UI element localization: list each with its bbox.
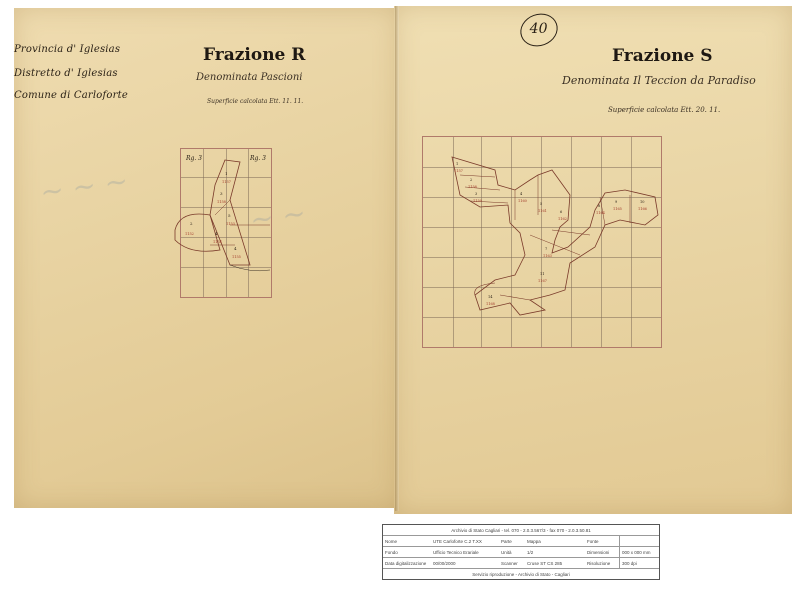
svg-text:1153: 1153 — [226, 222, 235, 226]
info-key: Scanner — [499, 561, 525, 566]
svg-text:8: 8 — [598, 204, 600, 208]
left-title: Frazione R — [203, 45, 305, 65]
info-key: Parte — [499, 539, 525, 544]
right-surface: Superficie calcolata Ett. 20. 11. — [608, 106, 720, 114]
svg-text:10: 10 — [640, 200, 644, 204]
left-parcel-map: 11157 31158 21152 51153 41154 41155 — [170, 155, 280, 285]
info-footer: Servizio riproduzione - Archivio di Stat… — [470, 572, 572, 577]
svg-text:1162: 1162 — [558, 217, 567, 221]
svg-text:1167: 1167 — [538, 279, 547, 283]
svg-text:4: 4 — [520, 192, 523, 196]
svg-text:1163: 1163 — [543, 254, 552, 258]
info-key: Fondo — [383, 550, 431, 555]
svg-text:1166: 1166 — [638, 207, 647, 211]
svg-text:6: 6 — [560, 210, 562, 214]
svg-text:1: 1 — [225, 171, 228, 176]
svg-text:1168: 1168 — [486, 302, 495, 306]
right-denomination: Denominata Il Teccion da Paradiso — [562, 74, 756, 87]
svg-text:1158: 1158 — [217, 200, 226, 204]
svg-text:1157: 1157 — [454, 169, 463, 173]
info-value: UTE Carloforte C.2 T.XX — [431, 539, 499, 544]
svg-text:1161: 1161 — [538, 209, 547, 213]
svg-text:1154: 1154 — [213, 240, 223, 244]
info-title: Archivio di Stato Cagliari - tel. 070 - … — [449, 528, 593, 533]
info-value: Ufficio Tecnico Erariale — [431, 550, 499, 555]
svg-text:5: 5 — [540, 202, 542, 206]
info-key: Fonte — [585, 539, 619, 544]
right-title: Frazione S — [612, 46, 713, 66]
svg-text:11: 11 — [540, 272, 544, 276]
svg-text:1159: 1159 — [473, 199, 482, 203]
info-key: Unità — [499, 550, 525, 555]
header-distretto: Distretto d' Iglesias — [14, 68, 118, 79]
svg-text:1158: 1158 — [468, 185, 477, 189]
svg-text:4: 4 — [234, 246, 237, 251]
info-key: Dimensioni — [585, 550, 619, 555]
page-number: 40 — [530, 21, 548, 37]
info-value: 1/2 — [525, 550, 585, 555]
info-value: 00/00/2000 — [431, 561, 499, 566]
svg-text:1160: 1160 — [518, 199, 527, 203]
info-row: Data digitalizzazione 00/00/2000 Scanner… — [383, 557, 659, 568]
page-fold — [395, 6, 399, 511]
svg-text:7: 7 — [545, 247, 547, 251]
info-row: Fondo Ufficio Tecnico Erariale Unità 1/2… — [383, 546, 659, 557]
svg-text:1: 1 — [456, 162, 458, 166]
svg-text:2: 2 — [470, 178, 472, 182]
archive-info-table: Archivio di Stato Cagliari - tel. 070 - … — [382, 524, 660, 580]
info-value — [619, 536, 659, 546]
svg-text:1155: 1155 — [232, 255, 241, 259]
svg-text:9: 9 — [615, 200, 617, 204]
info-value: 300 dpi — [619, 558, 659, 568]
left-denomination: Denominata Pascioni — [196, 72, 302, 83]
header-provincia: Provincia d' Iglesias — [14, 44, 120, 55]
svg-text:2: 2 — [190, 221, 193, 226]
info-title-row: Archivio di Stato Cagliari - tel. 070 - … — [383, 525, 659, 535]
svg-text:1157: 1157 — [222, 180, 231, 184]
info-value: 000 x 000 mm — [619, 547, 659, 557]
left-surface: Superficie calcolata Ett. 11. 11. — [207, 98, 303, 105]
svg-text:1152: 1152 — [185, 232, 194, 236]
svg-text:5: 5 — [228, 213, 231, 218]
right-parcel-map: 11157 21158 31159 41160 51161 61162 7116… — [420, 135, 670, 355]
info-key: Nome — [383, 539, 431, 544]
svg-text:1165: 1165 — [613, 207, 622, 211]
header-comune: Comune di Carloforte — [14, 90, 128, 101]
svg-text:3: 3 — [475, 192, 477, 196]
info-value: Mappa — [525, 539, 585, 544]
svg-text:3: 3 — [220, 191, 223, 196]
info-row: Nome UTE Carloforte C.2 T.XX Parte Mappa… — [383, 535, 659, 546]
info-key: Risoluzione — [585, 561, 619, 566]
info-footer-row: Servizio riproduzione - Archivio di Stat… — [383, 568, 659, 579]
svg-text:14: 14 — [488, 295, 493, 299]
info-value: Cruse ST CS 285 — [525, 561, 585, 566]
info-key: Data digitalizzazione — [383, 561, 431, 566]
svg-text:1164: 1164 — [596, 211, 606, 215]
